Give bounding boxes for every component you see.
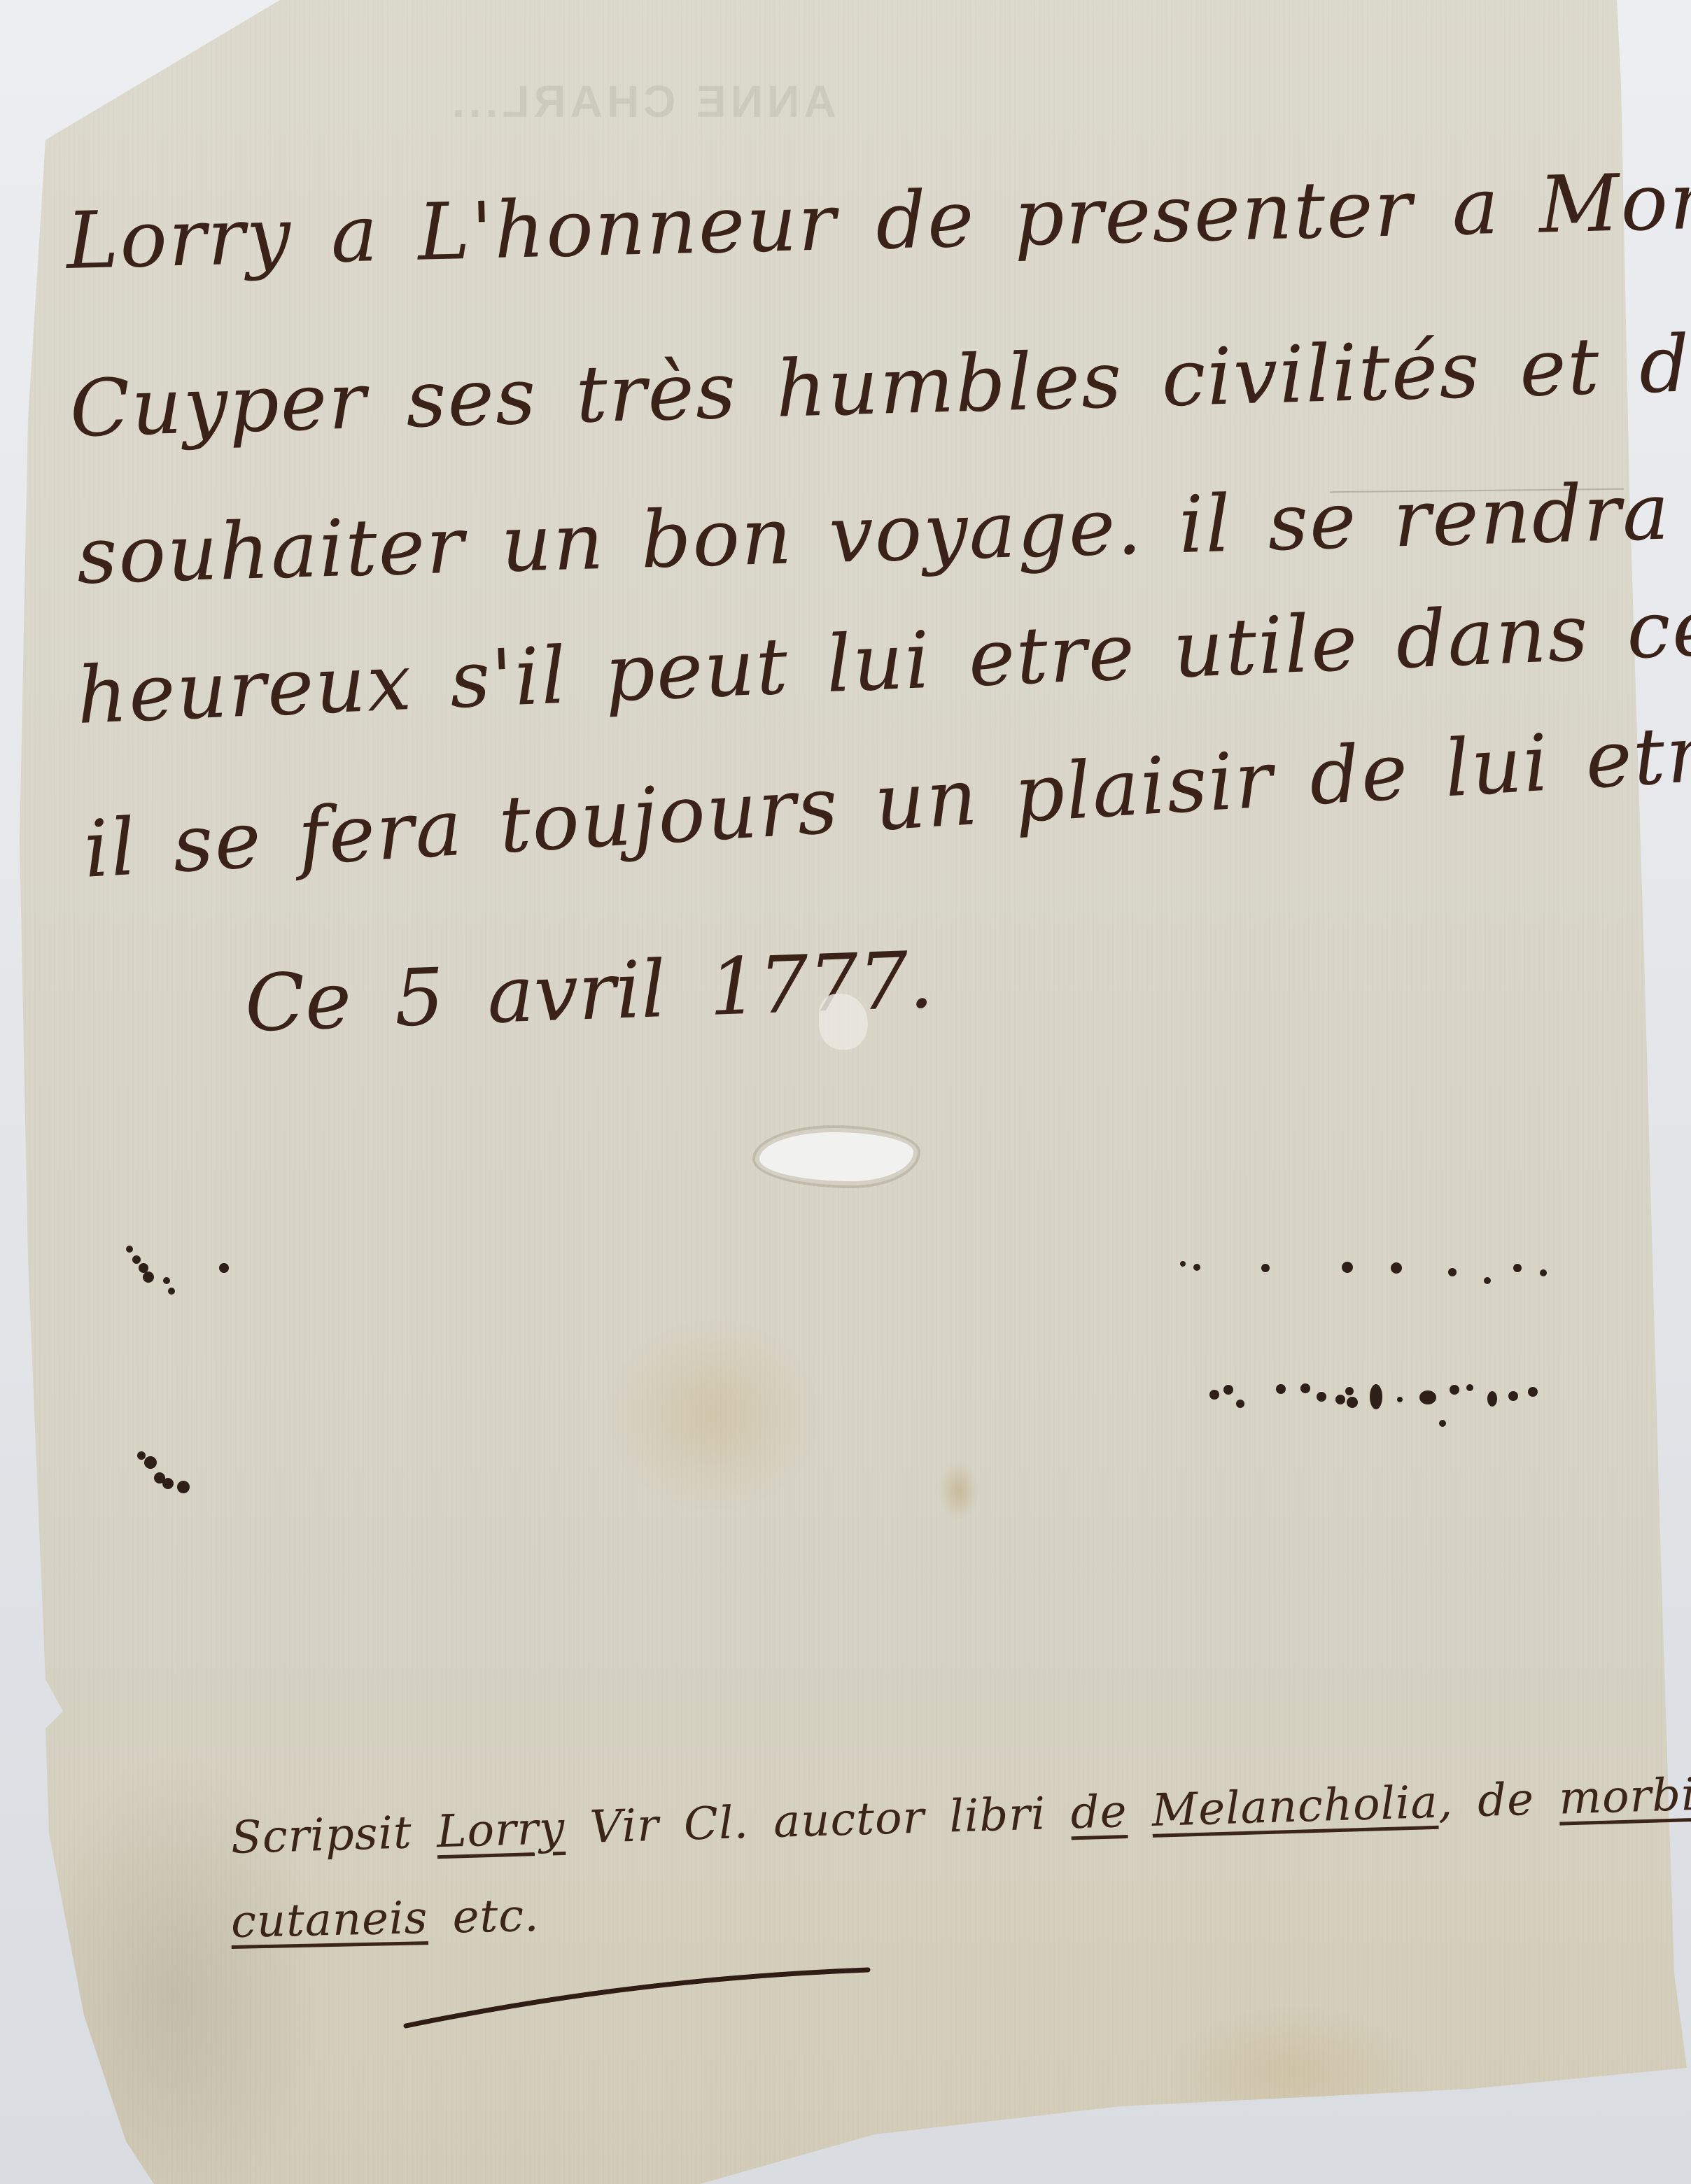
annotation-flourish-line xyxy=(399,1966,875,2029)
annotation-book-de: de xyxy=(1070,1786,1128,1839)
annotation-morbis: morbis xyxy=(1558,1768,1691,1825)
annotation-author-name: Lorry xyxy=(436,1803,566,1858)
annotation-line-2: cutaneis etc. xyxy=(230,1890,540,1948)
annotation-etc: etc. xyxy=(452,1890,540,1944)
paper-tear-hole xyxy=(759,1132,913,1181)
annotation-book-title: Melancholia xyxy=(1151,1777,1439,1837)
annotation-cutaneis: cutaneis xyxy=(230,1892,428,1948)
annotation-scripsit: Scripsit xyxy=(230,1807,413,1864)
annotation-separator: , de xyxy=(1437,1774,1535,1829)
bleed-through-stamp: ANNE CHARL... xyxy=(448,70,836,133)
